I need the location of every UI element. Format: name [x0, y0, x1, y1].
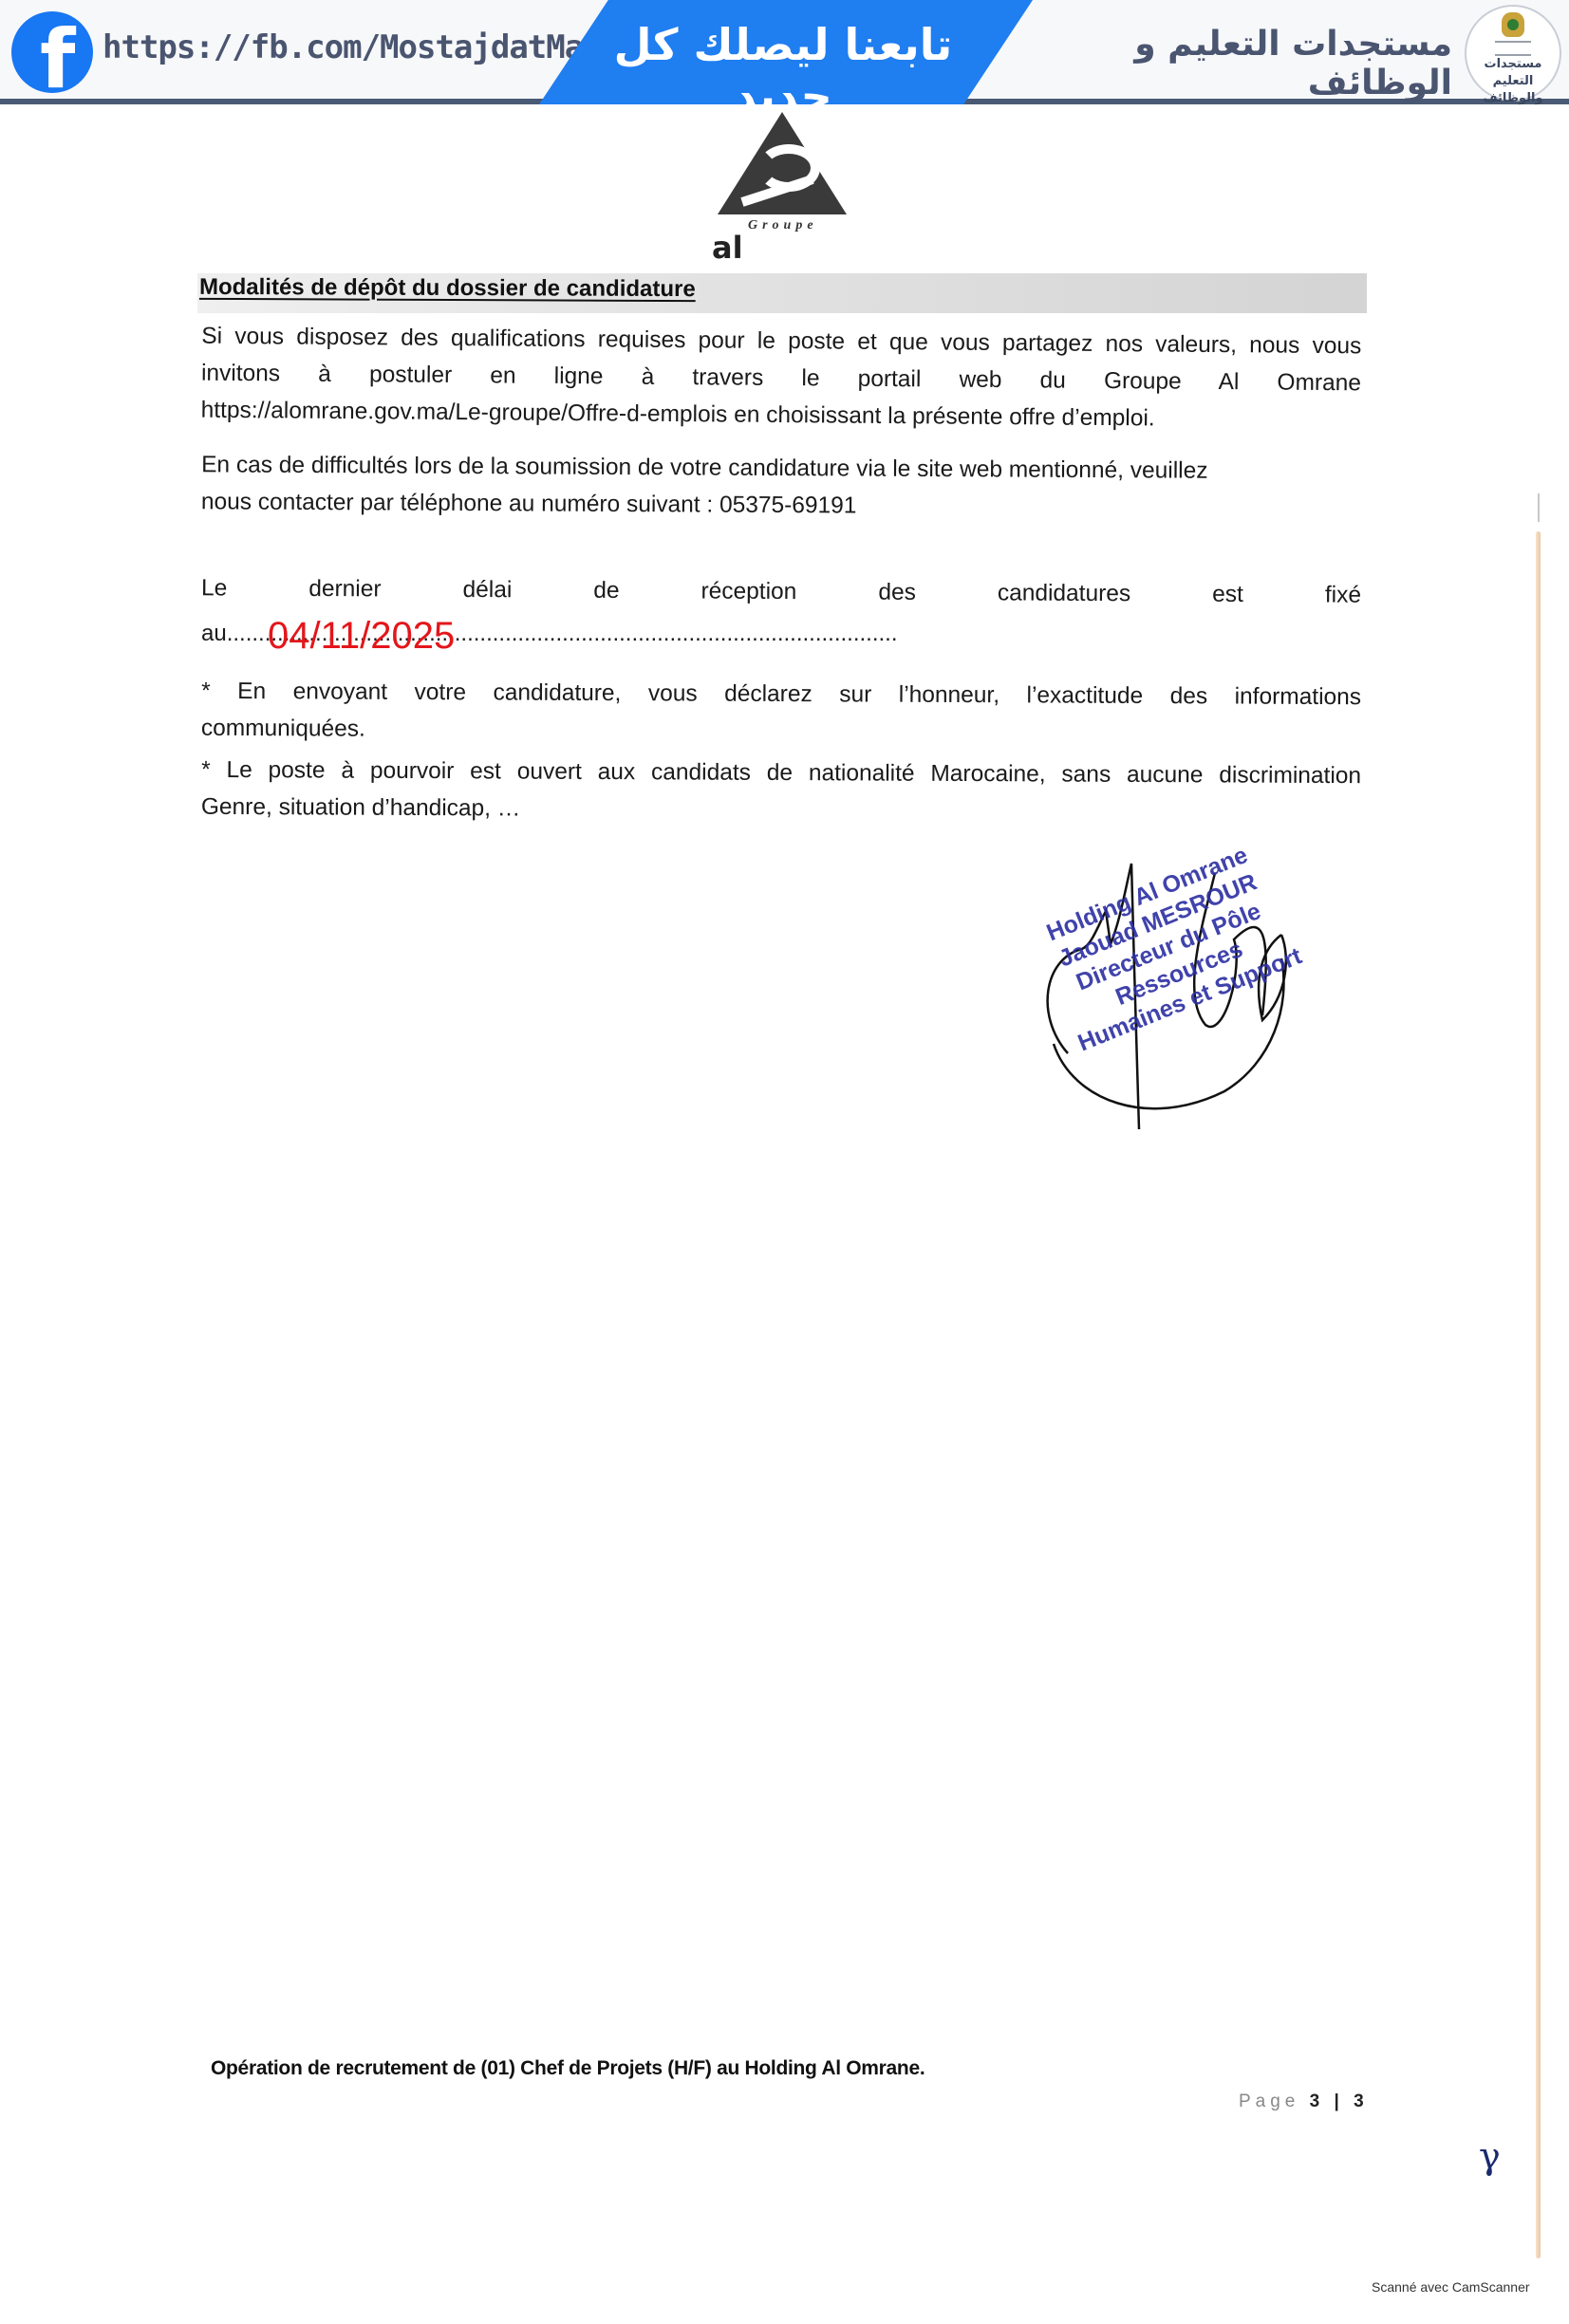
signature-stamp: Holding Al Omrane Jaouad MESROUR Directe…: [978, 854, 1338, 1158]
contact-paragraph: En cas de difficultés lors de la soumiss…: [201, 446, 1361, 527]
deadline-date: 04/11/2025: [268, 615, 455, 658]
application-instructions-paragraph: Si vous disposez des qualifications requ…: [201, 318, 1362, 439]
bullet-line: * En envoyant votre candidature, vous dé…: [201, 673, 1361, 716]
deadline-prefix: au: [201, 621, 227, 646]
site-logo: مستجدات التعليم والوظائف: [1465, 5, 1561, 102]
phone-number-line: nous contacter par téléphone au numéro s…: [201, 483, 1361, 527]
bullet-non-discrimination: * Le poste à pourvoir est ouvert aux can…: [201, 752, 1361, 831]
al-omrane-logo: Groupe al omrane: [710, 112, 862, 269]
bullet-line: communiquées.: [201, 710, 1361, 753]
scanner-watermark: Scanné avec CamScanner: [1372, 2279, 1530, 2295]
deadline-paragraph: Le dernier délai de réception des candid…: [201, 569, 1361, 613]
facebook-icon[interactable]: f: [11, 11, 93, 93]
facebook-link[interactable]: https://fb.com/MostajdatMaroc: [103, 28, 639, 66]
bullet-honor-declaration: * En envoyant votre candidature, vous dé…: [201, 673, 1361, 753]
section-title: Modalités de dépôt du dossier de candida…: [199, 274, 696, 303]
ministry-text-lines: [1495, 41, 1531, 56]
deadline-text: Le dernier délai de réception des candid…: [201, 569, 1361, 613]
moroccan-emblem-icon: [1502, 12, 1524, 37]
slogan-text: تابعنا ليصلك كل جديد: [570, 19, 997, 121]
site-title: مستجدات التعليم و الوظائف: [1063, 25, 1452, 102]
page-number: Page 3 | 3: [1239, 2092, 1369, 2112]
document-footer: Opération de recrutement de (01) Chef de…: [211, 2057, 925, 2080]
bullet-line: Genre, situation d’handicap, …: [201, 789, 1361, 831]
page-label: Page: [1239, 2092, 1299, 2111]
bullet-line: * Le poste à pourvoir est ouvert aux can…: [201, 752, 1361, 794]
page-edge-mark: [1538, 493, 1540, 522]
site-logo-text: مستجدات التعليم والوظائف: [1470, 56, 1556, 107]
page-count: 3 | 3: [1310, 2092, 1369, 2111]
handwritten-mark: γ: [1479, 2135, 1501, 2177]
page-edge-shadow: [1536, 531, 1541, 2259]
